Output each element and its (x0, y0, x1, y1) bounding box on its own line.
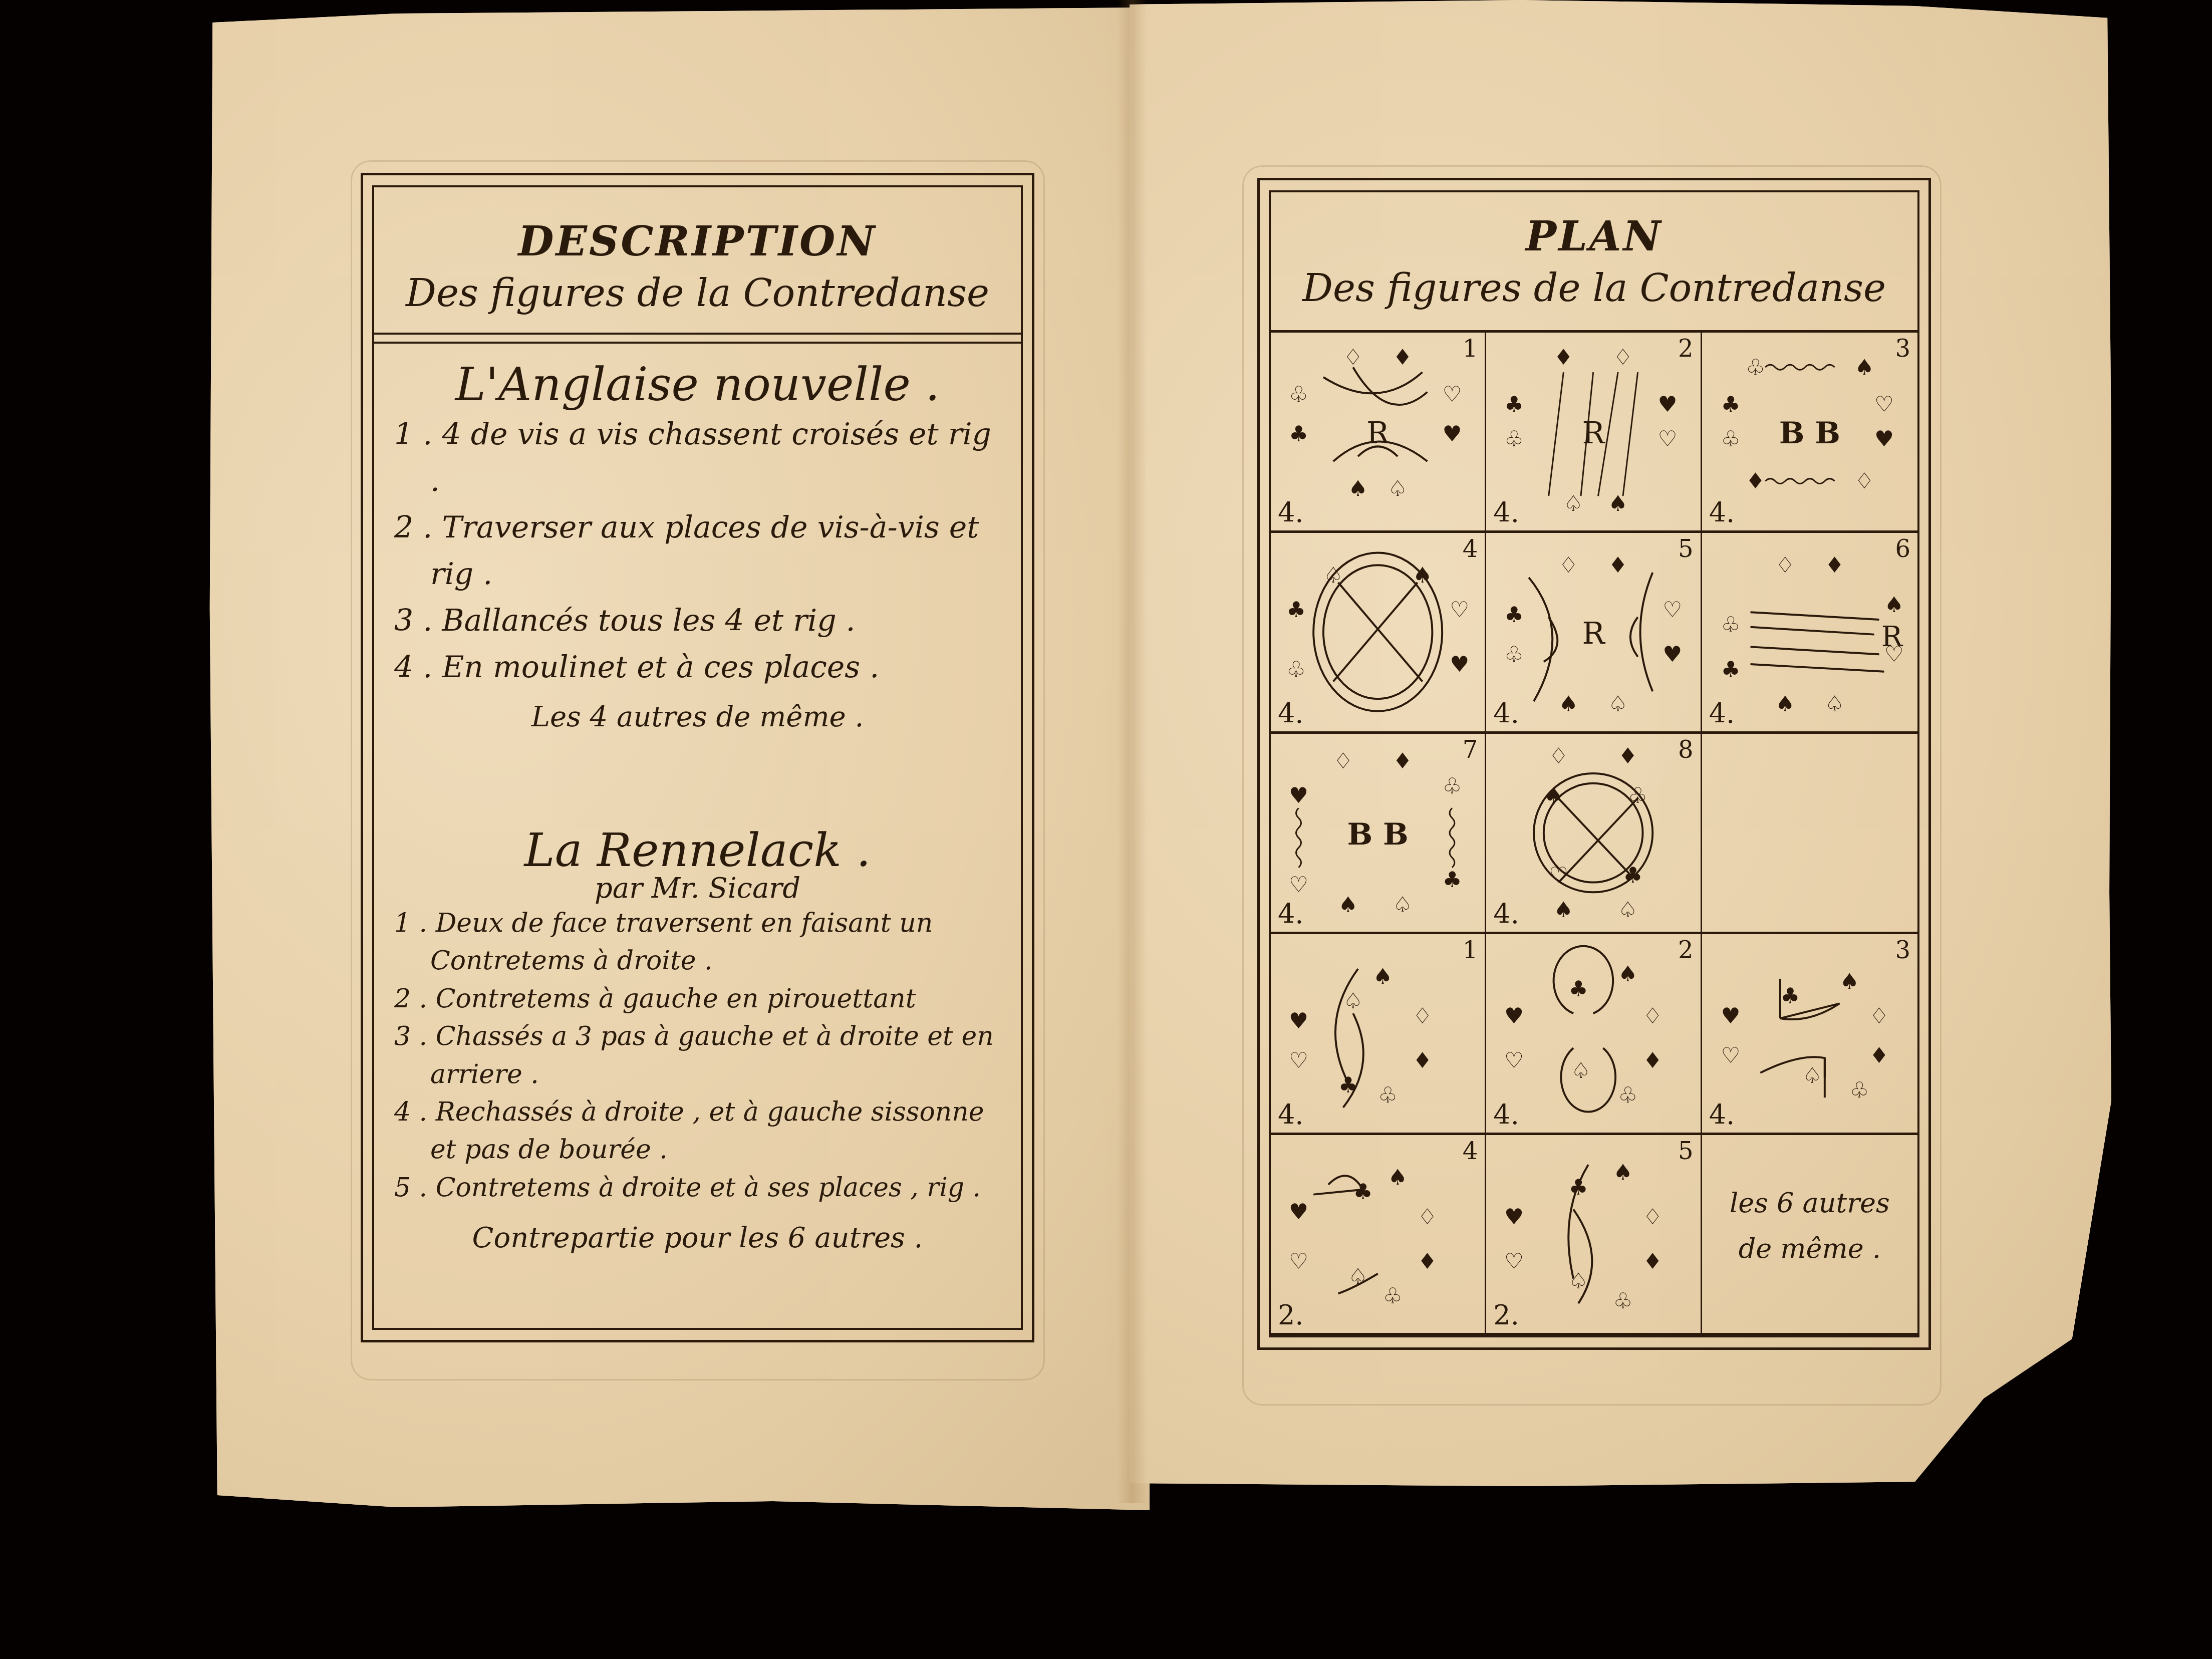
svg-text:♢: ♢ (1869, 1004, 1889, 1029)
header-separator (374, 333, 1021, 344)
section-note: Les 4 autres de même . (394, 701, 1001, 733)
svg-text:♠: ♠ (1413, 563, 1432, 588)
svg-text:♣: ♣ (1338, 1073, 1358, 1098)
figure-step: 5 . Contretems à droite et à ses places … (394, 1169, 1001, 1207)
figure-step: 4 . En moulinet et à ces places . (394, 644, 1001, 691)
svg-text:♤: ♤ (1608, 692, 1628, 717)
svg-text:♢: ♢ (1559, 553, 1578, 578)
measure-count: 4. (1493, 497, 1519, 528)
plan-note-cell: les 6 autres de même . (1702, 1135, 1917, 1335)
figure-number: 5 (1678, 1137, 1694, 1165)
svg-text:♥: ♥ (1721, 1004, 1740, 1029)
measure-count: 4. (1709, 1099, 1735, 1131)
dance-title: La Rennelack . (394, 823, 1001, 877)
page-title: PLAN (1271, 212, 1917, 260)
rennelack-cell-5: ♠♣♥♢♡♦♤♧ 5 2. (1486, 1135, 1702, 1335)
svg-text:♢: ♢ (1413, 1004, 1432, 1029)
svg-text:♧: ♧ (1286, 657, 1306, 682)
svg-text:♥: ♥ (1289, 1009, 1308, 1034)
svg-text:♢: ♢ (1549, 744, 1568, 769)
svg-text:♠: ♠ (1554, 898, 1573, 923)
measure-count: 4. (1493, 898, 1519, 930)
svg-text:♠: ♠ (1613, 1160, 1633, 1185)
figure-step: 3 . Ballancés tous les 4 et rig . (394, 598, 1001, 644)
svg-text:♦: ♦ (1825, 553, 1844, 578)
figure-number: 4 (1463, 535, 1478, 563)
measure-count: 4. (1278, 1099, 1304, 1131)
svg-text:♡: ♡ (1721, 1043, 1740, 1068)
plan-cell-4: ♣♧♡♥♤♠ 4 4. (1271, 533, 1486, 733)
figure-number: 2 (1678, 335, 1694, 363)
section-anglaise: L'Anglaise nouvelle . 1 . 4 de vis a vis… (394, 358, 1001, 733)
svg-text:♤: ♤ (1323, 563, 1343, 588)
svg-text:♦: ♦ (1413, 1048, 1432, 1073)
svg-text:♠: ♠ (1388, 1165, 1408, 1190)
svg-text:♧: ♧ (1613, 1289, 1633, 1314)
measure-count: 4. (1278, 898, 1304, 930)
plan-note-line: les 6 autres (1702, 1180, 1917, 1226)
svg-text:♣: ♣ (1442, 868, 1462, 893)
svg-text:♧: ♧ (1442, 773, 1462, 798)
svg-text:♢: ♢ (1343, 345, 1363, 370)
svg-text:♡: ♡ (1450, 598, 1469, 623)
svg-text:♤: ♤ (1348, 1264, 1368, 1289)
figure-letters: R (1702, 613, 1917, 661)
svg-text:♢: ♢ (1418, 1205, 1437, 1230)
svg-text:♧: ♧ (1746, 355, 1765, 380)
svg-text:♥: ♥ (1504, 1004, 1524, 1029)
svg-text:♦: ♦ (1418, 1249, 1437, 1274)
page-subtitle: Des figures de la Contredanse (1271, 265, 1917, 310)
figure-step: 2 . Contretems à gauche en pirouettant (394, 980, 1001, 1018)
svg-text:♣: ♣ (1569, 1175, 1588, 1200)
svg-text:♧: ♧ (1383, 1284, 1403, 1309)
svg-text:♡: ♡ (1289, 1249, 1308, 1274)
description-page-frame: DESCRIPTION Des figures de la Contredans… (361, 173, 1034, 1342)
figure-number: 1 (1463, 936, 1478, 964)
figure-step: 2 . Traverser aux places de vis-à-vis et… (394, 504, 1001, 598)
svg-text:♥: ♥ (1504, 1205, 1524, 1230)
section-rennelack: La Rennelack . par Mr. Sicard 1 . Deux d… (394, 823, 1001, 1254)
svg-text:♢: ♢ (1333, 749, 1353, 774)
figure-number: 4 (1463, 1137, 1478, 1165)
svg-text:♤: ♤ (1825, 692, 1844, 717)
svg-text:♧: ♧ (1378, 1083, 1398, 1108)
svg-text:♦: ♦ (1643, 1048, 1663, 1073)
svg-text:♡: ♡ (1442, 382, 1462, 407)
svg-text:♢: ♢ (1775, 553, 1795, 578)
measure-count: 4. (1493, 698, 1519, 729)
svg-text:♣: ♣ (1353, 1180, 1373, 1205)
page-title: DESCRIPTION (374, 217, 1021, 265)
svg-text:♡: ♡ (1504, 1048, 1524, 1073)
rennelack-cell-1: ♠♤♥♢♡♦♣♧ 1 4. (1271, 934, 1486, 1135)
description-header: DESCRIPTION Des figures de la Contredans… (374, 217, 1021, 315)
svg-text:♣: ♣ (1286, 598, 1306, 623)
measure-count: 4. (1278, 698, 1304, 729)
svg-text:♠: ♠ (1775, 692, 1795, 717)
svg-text:♢: ♢ (1613, 345, 1633, 370)
svg-text:♦: ♦ (1643, 1249, 1663, 1274)
figure-letters: B B (1271, 809, 1485, 860)
svg-text:♥: ♥ (1450, 652, 1469, 677)
rennelack-cell-4: ♠♣♥♢♡♦♤♧ 4 2. (1271, 1135, 1486, 1335)
svg-text:♢: ♢ (1643, 1205, 1663, 1230)
svg-text:♡: ♡ (1504, 1249, 1524, 1274)
plan-cell-empty (1702, 734, 1917, 934)
plan-cell-1: ♢♦♧♡♣♥♠♤ 1 R 4. (1271, 333, 1486, 533)
svg-text:♠: ♠ (1839, 969, 1859, 994)
svg-text:♠: ♠ (1544, 783, 1563, 808)
svg-text:♣: ♣ (1780, 984, 1800, 1009)
figure-step: 1 . Deux de face traversent en faisant u… (394, 905, 1001, 980)
figure-step: 1 . 4 de vis a vis chassent croisés et r… (394, 411, 1001, 504)
svg-text:♣: ♣ (1569, 977, 1588, 1002)
figure-letters: R (1486, 608, 1700, 659)
figure-number: 6 (1895, 535, 1910, 563)
svg-text:♢: ♢ (1643, 1004, 1663, 1029)
svg-text:♡: ♡ (1289, 1048, 1308, 1073)
measure-count: 4. (1278, 497, 1304, 528)
plan-cell-6: ♢♦♧♣♠♡♠♤ 6 R 4. (1702, 533, 1917, 733)
figure-step: 4 . Rechassés à droite , et à gauche sis… (394, 1093, 1001, 1169)
plan-inner-frame: PLAN Des figures de la Contredanse ♢♦♧♡♣… (1269, 190, 1919, 1337)
svg-text:♧: ♧ (1618, 1083, 1638, 1108)
measure-count: 4. (1709, 698, 1735, 729)
figure-plan-grid: ♢♦♧♡♣♥♠♤ 1 R 4. ♦♢♣♧♥♡♤♠ 2 R 4. (1271, 330, 1917, 1335)
svg-text:♤: ♤ (1571, 1058, 1591, 1083)
svg-text:♡: ♡ (1549, 863, 1568, 888)
svg-text:♦: ♦ (1869, 1043, 1889, 1068)
plan-cell-2: ♦♢♣♧♥♡♤♠ 2 R 4. (1486, 333, 1702, 533)
plan-cell-8: ♢♦♠♧♡♣♠♤ 8 4. (1486, 734, 1702, 934)
svg-text:♤: ♤ (1343, 989, 1363, 1014)
measure-count: 4. (1493, 1099, 1519, 1131)
measure-count: 2. (1278, 1299, 1304, 1331)
figure-number: 2 (1678, 936, 1694, 964)
rennelack-cell-3: ♣♠♥♢♡♦♤♧ 3 4. (1702, 934, 1917, 1135)
author-byline: par Mr. Sicard (394, 872, 1001, 905)
rennelack-cell-2: ♣♠♥♢♡♦♤♧ 2 4. (1486, 934, 1702, 1135)
dance-title: L'Anglaise nouvelle . (394, 358, 1001, 411)
svg-text:♧: ♧ (1628, 783, 1647, 808)
svg-text:♦: ♦ (1608, 553, 1628, 578)
figure-number: 5 (1678, 535, 1694, 563)
figure-number: 1 (1463, 335, 1478, 363)
svg-text:♣: ♣ (1623, 863, 1643, 888)
svg-text:♠: ♠ (1854, 355, 1874, 380)
svg-text:♦: ♦ (1746, 469, 1765, 494)
measure-count: 2. (1493, 1299, 1519, 1331)
description-inner-frame: DESCRIPTION Des figures de la Contredans… (372, 185, 1023, 1330)
plan-note: les 6 autres de même . (1702, 1180, 1917, 1272)
figure-number: 8 (1678, 736, 1694, 764)
plan-header: PLAN Des figures de la Contredanse (1271, 212, 1917, 310)
svg-text:♤: ♤ (1618, 898, 1638, 923)
svg-text:♦: ♦ (1393, 345, 1413, 370)
figure-letters: R (1486, 408, 1700, 459)
svg-text:♠: ♠ (1559, 692, 1578, 717)
plan-cell-7: ♢♦♥♡♧♣♠♤ 7 B B 4. (1271, 734, 1486, 934)
measure-count: 4. (1709, 497, 1735, 528)
plan-note-line: de même . (1702, 1226, 1917, 1272)
svg-text:♢: ♢ (1854, 469, 1874, 494)
svg-text:♠: ♠ (1608, 491, 1628, 516)
svg-text:♠: ♠ (1348, 476, 1368, 501)
plan-page-frame: PLAN Des figures de la Contredanse ♢♦♧♡♣… (1257, 178, 1931, 1350)
svg-text:♠: ♠ (1618, 962, 1638, 987)
book-gutter-fold (1117, 0, 1147, 1503)
svg-text:♦: ♦ (1393, 749, 1413, 774)
svg-text:♤: ♤ (1564, 491, 1583, 516)
svg-text:♤: ♤ (1802, 1063, 1822, 1088)
svg-text:♤: ♤ (1569, 1269, 1588, 1294)
figure-number: 7 (1463, 736, 1478, 764)
svg-text:♥: ♥ (1289, 1200, 1308, 1225)
svg-text:♠: ♠ (1338, 893, 1358, 918)
figure-letters: R (1271, 408, 1485, 459)
figure-letters: B B (1702, 408, 1917, 459)
svg-text:♤: ♤ (1393, 893, 1413, 918)
svg-text:♦: ♦ (1618, 744, 1638, 769)
figure-step: 3 . Chassés a 3 pas à gauche et à droite… (394, 1018, 1001, 1093)
plan-cell-3: ♧♠♣♧♡♥♦♢ 3 B B 4. (1702, 333, 1917, 533)
page-subtitle: Des figures de la Contredanse (374, 270, 1021, 315)
svg-text:♧: ♧ (1849, 1078, 1869, 1103)
svg-text:♦: ♦ (1554, 345, 1573, 370)
svg-text:♧: ♧ (1289, 382, 1308, 407)
figure-number: 3 (1895, 936, 1910, 964)
section-note: Contrepartie pour les 6 autres . (394, 1222, 1001, 1254)
svg-text:♥: ♥ (1289, 783, 1308, 808)
svg-text:♤: ♤ (1388, 476, 1408, 501)
figure-number: 3 (1895, 335, 1910, 363)
svg-text:♠: ♠ (1373, 964, 1393, 989)
svg-text:♡: ♡ (1289, 873, 1308, 898)
plan-cell-5: ♢♦♣♧♡♥♠♤ 5 R 4. (1486, 533, 1702, 733)
